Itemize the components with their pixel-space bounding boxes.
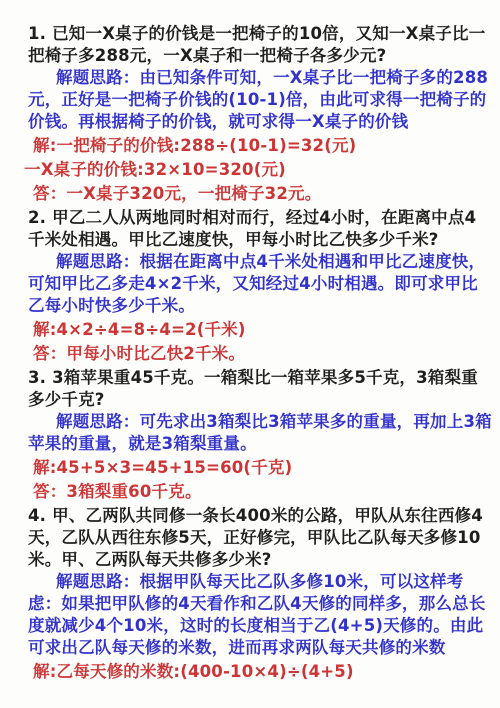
solution-line: 解:45+5×3=45+15=60(千克) xyxy=(33,457,492,479)
problem-statement: 4. 甲、乙两队共同修一条长400米的公路，甲队从东往西修4天，乙队从西往东修5… xyxy=(28,505,492,571)
problem-block-3: 3. 3箱苹果重45千克。一箱梨比一箱苹果多5千克，3箱梨重多少千克? 解题思路… xyxy=(26,367,492,503)
math-worksheet-page: 1. 已知一X桌子的价钱是一把椅子的10倍，又知一X桌子比一把椅子多288元，一… xyxy=(0,0,500,708)
problem-block-4: 4. 甲、乙两队共同修一条长400米的公路，甲队从东往西修4天，乙队从西往东修5… xyxy=(26,505,492,683)
problem-statement: 1. 已知一X桌子的价钱是一把椅子的10倍，又知一X桌子比一把椅子多288元，一… xyxy=(28,23,492,67)
solution-line: 一X桌子的价钱:32×10=320(元) xyxy=(24,159,492,181)
answer-line: 答：3箱梨重60千克。 xyxy=(33,481,492,503)
problem-block-1: 1. 已知一X桌子的价钱是一把椅子的10倍，又知一X桌子比一把椅子多288元，一… xyxy=(26,23,492,205)
solution-idea: 解题思路：根据甲队每天比乙队多修10米，可以这样考虑：如果把甲队修的4天看作和乙… xyxy=(28,571,492,659)
solution-idea: 解题思路：根据在距离中点4千米处相遇和甲比乙速度快，可知甲比乙多走4×2千米，又… xyxy=(28,251,492,317)
problem-statement: 2. 甲乙二人从两地同时相对而行，经过4小时，在距离中点4千米处相遇。甲比乙速度… xyxy=(28,207,492,251)
answer-line: 答：一X桌子320元，一把椅子32元。 xyxy=(33,183,492,205)
solution-line: 解:乙每天修的米数:(400-10×4)÷(4+5) xyxy=(33,661,492,683)
solution-line: 解:4×2÷4=8÷4=2(千米) xyxy=(33,319,492,341)
answer-line: 答：甲每小时比乙快2千米。 xyxy=(33,343,492,365)
problem-block-2: 2. 甲乙二人从两地同时相对而行，经过4小时，在距离中点4千米处相遇。甲比乙速度… xyxy=(26,207,492,365)
solution-idea: 解题思路：由已知条件可知，一X桌子比一把椅子多的288元，正好是一把椅子价钱的(… xyxy=(28,67,492,133)
problem-statement: 3. 3箱苹果重45千克。一箱梨比一箱苹果多5千克，3箱梨重多少千克? xyxy=(28,367,492,411)
solution-idea: 解题思路：可先求出3箱梨比3箱苹果多的重量，再加上3箱苹果的重量，就是3箱梨重量… xyxy=(28,411,492,455)
solution-line: 解:一把椅子的价钱:288÷(10-1)=32(元) xyxy=(33,135,492,157)
